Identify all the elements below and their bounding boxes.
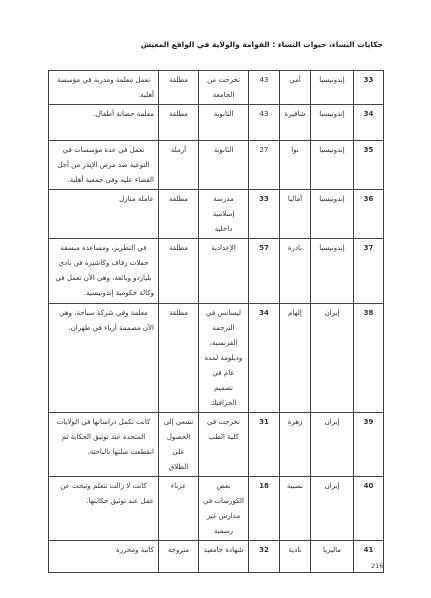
country-cell: إندونيسيا xyxy=(311,105,354,141)
marital-status-cell: مطلقة xyxy=(159,190,199,239)
table-row: 41ماليزيانادية32شهادة جامعيةمتزوجةكاتبة … xyxy=(49,541,384,573)
work-cell: تعمل معلمة ومدربة في مؤسسة أهلية. xyxy=(49,71,159,105)
page-number: 216 xyxy=(371,562,383,570)
age-cell: 27 xyxy=(249,141,280,190)
row-number-cell: 34 xyxy=(354,105,384,141)
country-cell: إندونيسيا xyxy=(311,141,354,190)
running-header: حكايات النساء، حيوات النساء : القوامة وا… xyxy=(141,40,383,49)
row-number-cell: 33 xyxy=(354,71,384,105)
country-cell: إندونيسيا xyxy=(311,239,354,304)
table-row: 34إندونيسياشافيرة43الثانويةمطلقةمعلمة حض… xyxy=(49,105,384,141)
table-row: 35إندونيسيانوا27الثانويةأرملةتعمل في عدة… xyxy=(49,141,384,190)
age-cell: 43 xyxy=(249,105,280,141)
name-cell: إلهام xyxy=(280,304,311,413)
education-cell: مدرسة إسلامية داخلية xyxy=(199,190,249,239)
marital-status-cell: متزوجة xyxy=(159,541,199,573)
education-cell: تخرجت في كلية الطب xyxy=(199,413,249,477)
marital-status-cell: مطلقة xyxy=(159,105,199,141)
age-cell: 32 xyxy=(249,541,280,573)
education-cell: تخرجت من الجامعة xyxy=(199,71,249,105)
name-cell: نادرة xyxy=(280,239,311,304)
marital-status-cell: أرملة xyxy=(159,141,199,190)
work-cell: عاملة منازل xyxy=(49,190,159,239)
table-row: 36إندونيسياآماليا33مدرسة إسلامية داخليةم… xyxy=(49,190,384,239)
age-cell: 33 xyxy=(249,190,280,239)
row-number-cell: 37 xyxy=(354,239,384,304)
education-cell: ليسانس في الترجمة الفرنسية، ودبلومة لمدة… xyxy=(199,304,249,413)
education-cell: الثانوية xyxy=(199,105,249,141)
name-cell: نادية xyxy=(280,541,311,573)
marital-status-cell: تسعى إلى الحصول على الطلاق xyxy=(159,413,199,477)
table-row: 33إندونيسياأمي43تخرجت من الجامعةمطلقةتعم… xyxy=(49,71,384,105)
marital-status-cell: مطلقة xyxy=(159,304,199,413)
country-cell: إيران xyxy=(311,304,354,413)
narrators-table: 33إندونيسياأمي43تخرجت من الجامعةمطلقةتعم… xyxy=(48,70,384,573)
row-number-cell: 39 xyxy=(354,413,384,477)
table-row: 40إيراننسيبة18بعض الكورسات في مدارس غير … xyxy=(49,477,384,541)
name-cell: نسيبة xyxy=(280,477,311,541)
work-cell: معلمة حضانة أطفال. xyxy=(49,105,159,141)
row-number-cell: 36 xyxy=(354,190,384,239)
education-cell: شهادة جامعية xyxy=(199,541,249,573)
name-cell: زهرة xyxy=(280,413,311,477)
marital-status-cell: عزباء xyxy=(159,477,199,541)
name-cell: آماليا xyxy=(280,190,311,239)
row-number-cell: 38 xyxy=(354,304,384,413)
work-cell: كاتبة ومحررة xyxy=(49,541,159,573)
country-cell: ماليزيا xyxy=(311,541,354,573)
table-row: 38إيرانإلهام34ليسانس في الترجمة الفرنسية… xyxy=(49,304,384,413)
work-cell: تعمل في عدة مؤسسات في التوعية ضد مرض الإ… xyxy=(49,141,159,190)
marital-status-cell: مطلقة xyxy=(159,71,199,105)
country-cell: إندونيسيا xyxy=(311,190,354,239)
education-cell: الثانوية xyxy=(199,141,249,190)
country-cell: إيران xyxy=(311,413,354,477)
country-cell: إندونيسيا xyxy=(311,71,354,105)
row-number-cell: 40 xyxy=(354,477,384,541)
work-cell: كانت تكمل دراساتها في الولايات المتحدة ع… xyxy=(49,413,159,477)
education-cell: بعض الكورسات في مدارس غير رسمية xyxy=(199,477,249,541)
table-row: 37إندونيسيانادرة57الإعداديةمطلقةفي التطر… xyxy=(49,239,384,304)
name-cell: أمي xyxy=(280,71,311,105)
age-cell: 57 xyxy=(249,239,280,304)
age-cell: 43 xyxy=(249,71,280,105)
name-cell: شافيرة xyxy=(280,105,311,141)
name-cell: نوا xyxy=(280,141,311,190)
work-cell: في التطريز، ومساعدة منسقة حفلات زفاف وكا… xyxy=(49,239,159,304)
work-cell: معلمة وفي شركة سياحة، وهي الآن مصممة أزي… xyxy=(49,304,159,413)
age-cell: 18 xyxy=(249,477,280,541)
row-number-cell: 35 xyxy=(354,141,384,190)
marital-status-cell: مطلقة xyxy=(159,239,199,304)
table-row: 39إيرانزهرة31تخرجت في كلية الطبتسعى إلى … xyxy=(49,413,384,477)
work-cell: كانت لا زالت تتعلم وتبحث عن عمل عند توثي… xyxy=(49,477,159,541)
education-cell: الإعدادية xyxy=(199,239,249,304)
country-cell: إيران xyxy=(311,477,354,541)
age-cell: 31 xyxy=(249,413,280,477)
age-cell: 34 xyxy=(249,304,280,413)
